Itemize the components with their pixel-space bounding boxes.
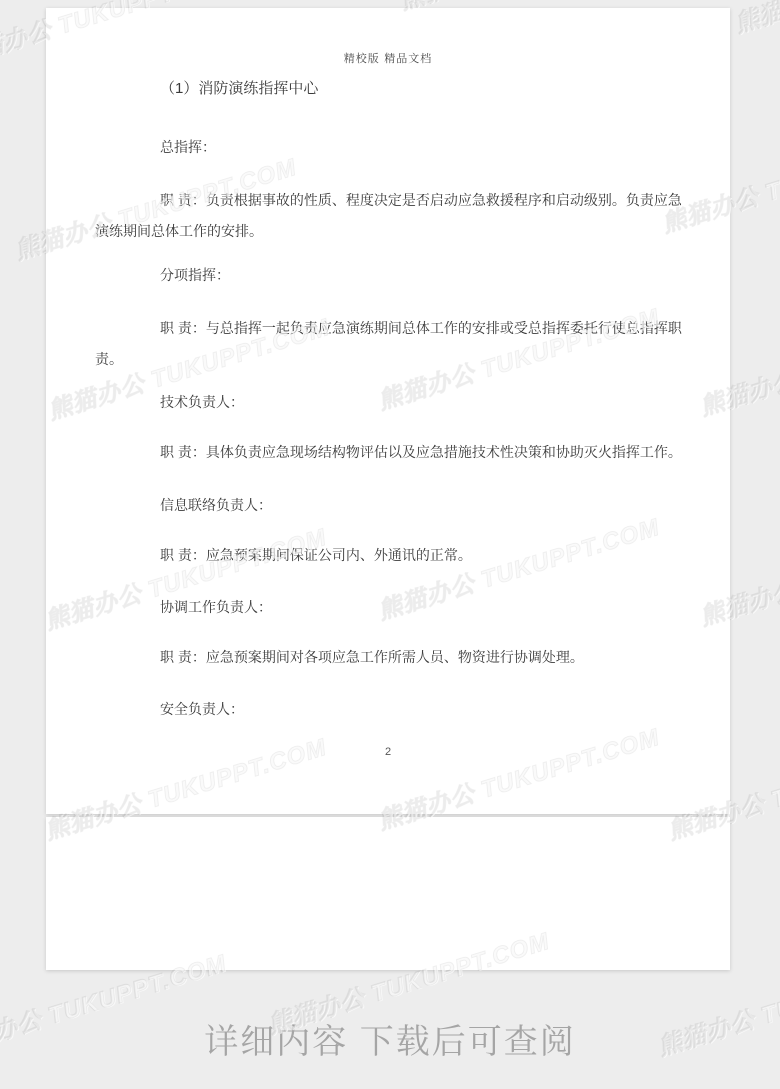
doc-paragraph-duty: 职 责：应急预案期间对各项应急工作所需人员、物资进行协调处理。 [95,642,695,673]
doc-heading-liaison-lead: 信息联络负责人： [95,490,695,521]
doc-paragraph-duty: 职 责：具体负责应急现场结构物评估以及应急措施技术性决策和协助灭火指挥工作。 [95,437,695,468]
document-page-1: 精校版 精品文档 （1）消防演练指挥中心 总指挥： 职 责：负责根据事故的性质、… [46,8,730,814]
document-page-2 [46,817,730,970]
doc-paragraph-duty: 职 责：与总指挥一起负责应急演练期间总体工作的安排或受总指挥委托行使总指挥职 责… [95,313,695,375]
doc-heading-technical-lead: 技术负责人： [95,387,695,418]
doc-paragraph-duty: 职 责：应急预案期间保证公司内、外通讯的正常。 [95,540,695,571]
page-number: 2 [46,746,730,758]
doc-section-title: （1）消防演练指挥中心 [95,77,695,98]
document-preview-stage: 精校版 精品文档 （1）消防演练指挥中心 总指挥： 职 责：负责根据事故的性质、… [0,0,780,1089]
doc-heading-sub-commander: 分项指挥： [95,260,695,291]
doc-header-text: 精校版 精品文档 [46,50,730,66]
doc-paragraph-duty: 职 责：负责根据事故的性质、程度决定是否启动应急救援程序和启动级别。负责应急 演… [95,185,695,247]
watermark: 熊猫办公 TUKUPPT.COM [730,0,780,39]
doc-heading-coordination-lead: 协调工作负责人： [95,592,695,623]
doc-heading-chief-commander: 总指挥： [95,132,695,163]
doc-heading-safety-lead: 安全负责人： [95,694,695,725]
download-hint-text: 详细内容 下载后可查阅 [0,1014,780,1063]
